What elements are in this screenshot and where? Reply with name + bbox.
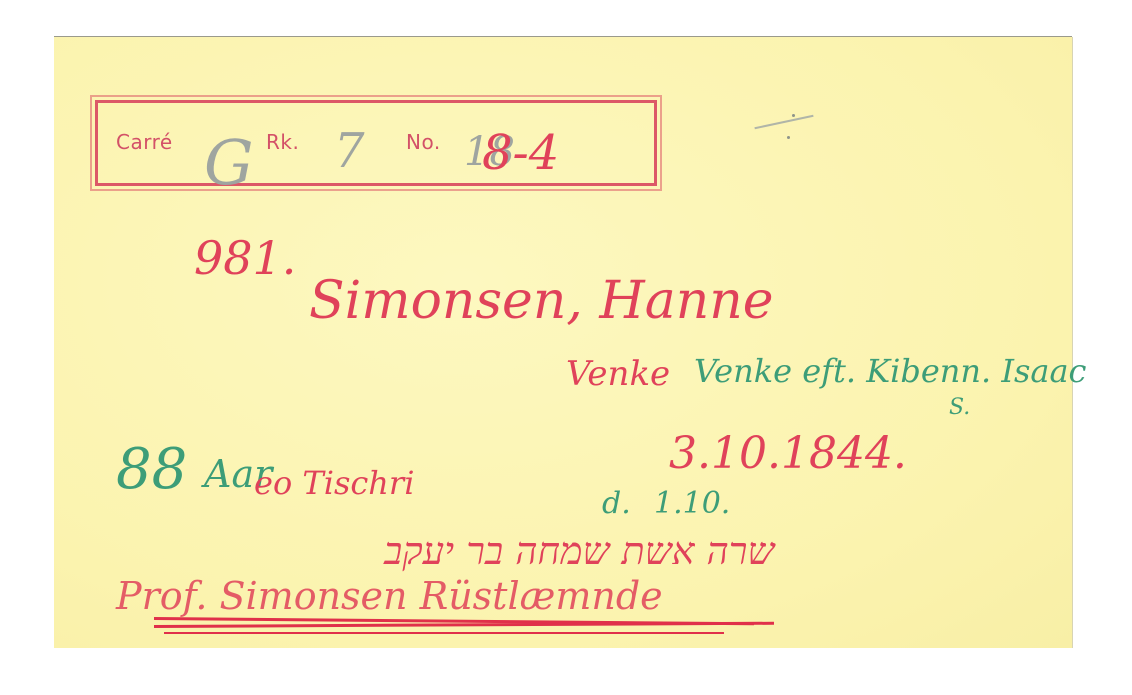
relation-text: Venke eft. Kibenn. Isaac xyxy=(694,355,1086,387)
number-value-red: 8-4 xyxy=(482,129,559,177)
strikethrough-line xyxy=(164,632,724,634)
location-stamp-box: Carré Rk. No. xyxy=(95,100,657,186)
age-code: 88 xyxy=(116,442,187,498)
archive-index-card: Carré Rk. No. G 7 18 8-4 981. Simonsen, … xyxy=(54,37,1072,648)
entry-name: Simonsen, Hanne xyxy=(309,275,773,327)
struck-line-text: Prof. Simonsen Rüstlæmnde xyxy=(116,577,663,615)
entry-number: 981. xyxy=(194,235,296,281)
row-value: 7 xyxy=(334,127,365,175)
relation-suffix: S. xyxy=(949,397,970,419)
carre-label: Carré xyxy=(116,130,173,154)
hebrew-month: eo Tischri xyxy=(254,467,414,499)
pencil-dot xyxy=(787,136,790,139)
hebrew-name: שרה אשת שמחה בר יעקב xyxy=(384,532,774,570)
strikethrough-line xyxy=(154,622,774,628)
carre-value: G xyxy=(204,132,254,194)
number-label: No. xyxy=(406,130,441,154)
row-label: Rk. xyxy=(266,130,299,154)
pencil-dot xyxy=(792,114,795,117)
death-date: 1.10. xyxy=(654,489,730,519)
pencil-check-mark xyxy=(754,115,813,129)
relation-prefix: Venke xyxy=(566,357,670,391)
death-prefix: d. xyxy=(602,489,631,519)
birth-date: 3.10.1844. xyxy=(669,432,907,476)
